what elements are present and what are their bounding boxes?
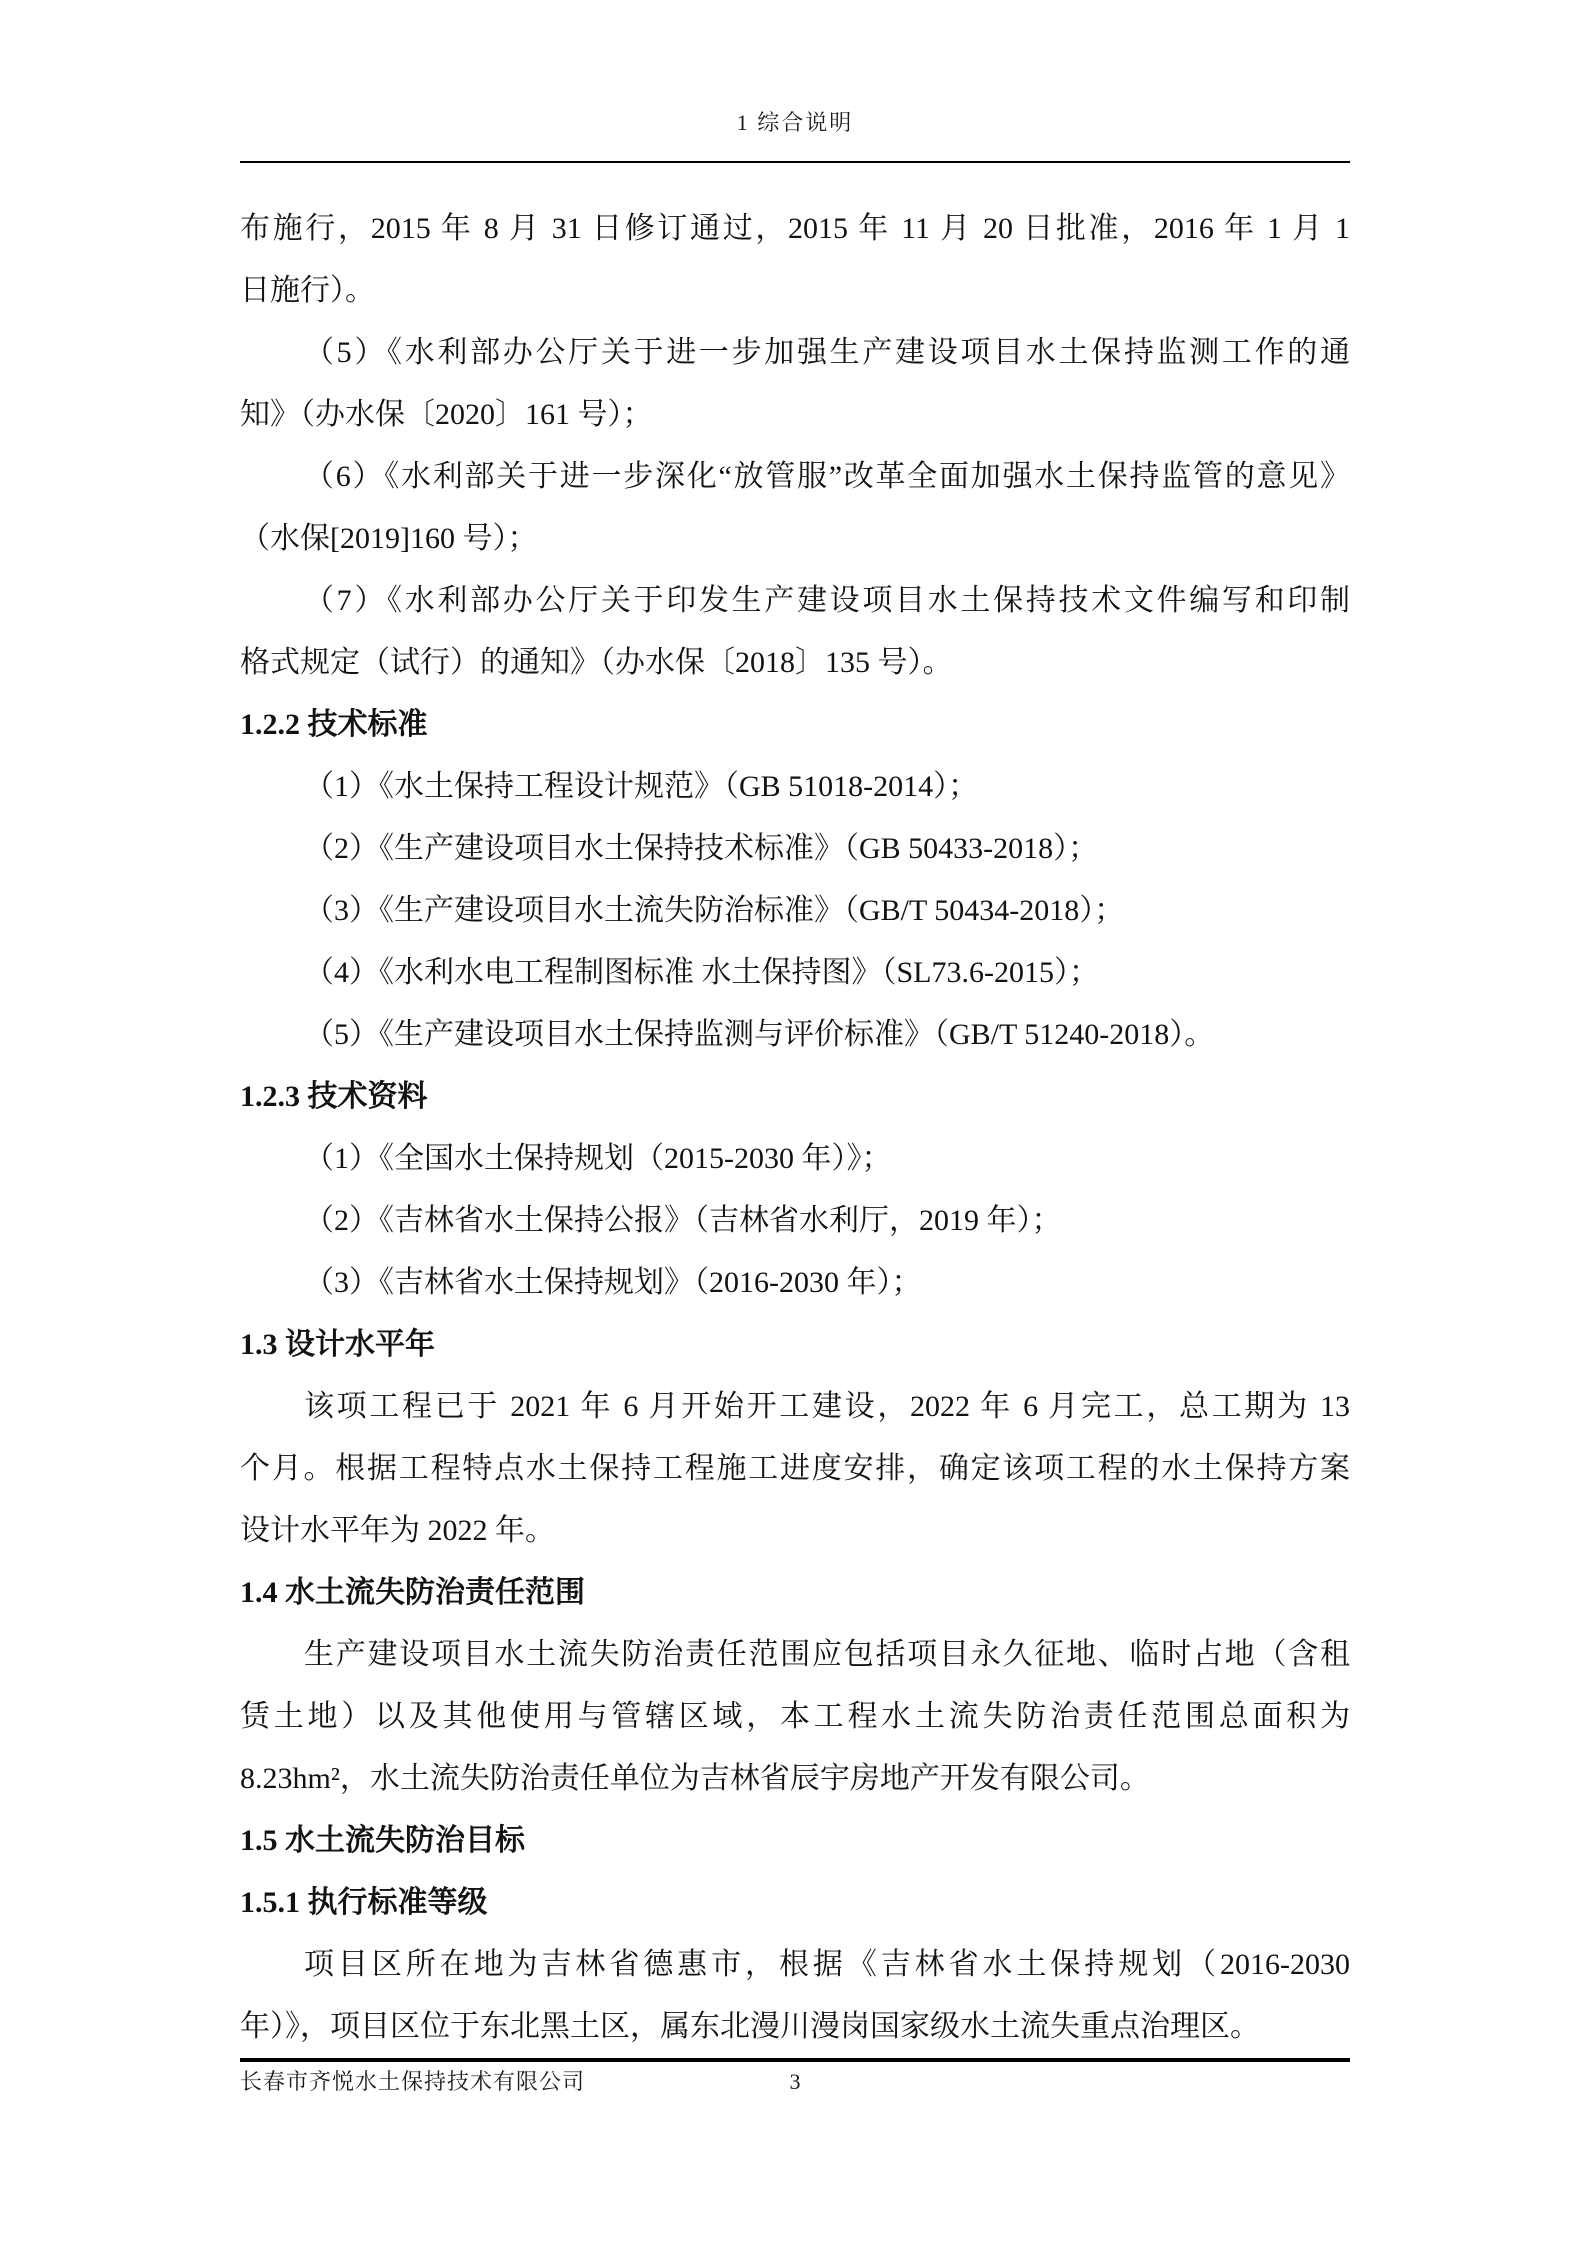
text-line: （1）《水土保持工程设计规范》（GB 51018-2014）； xyxy=(240,756,1350,818)
document-body: 布施行，2015 年 8 月 31 日修订通过，2015 年 11 月 20 日… xyxy=(240,198,1350,2058)
section-heading: 1.4 水土流失防治责任范围 xyxy=(240,1562,1350,1624)
text-line: （7）《水利部办公厅关于印发生产建设项目水土保持技术文件编写和印制 xyxy=(240,570,1350,632)
document-page: 1 综合说明 布施行，2015 年 8 月 31 日修订通过，2015 年 11… xyxy=(0,0,1587,2245)
section-heading: 1.2.2 技术标准 xyxy=(240,694,1350,756)
text-line: 赁土地）以及其他使用与管辖区域，本工程水土流失防治责任范围总面积为 xyxy=(240,1686,1350,1748)
text-line: 年）》，项目区位于东北黑土区，属东北漫川漫岗国家级水土流失重点治理区。 xyxy=(240,1996,1350,2058)
footer-rule xyxy=(240,2058,1350,2062)
text-line: （3）《生产建设项目水土流失防治标准》（GB/T 50434-2018）； xyxy=(240,880,1350,942)
page-header-title: 1 综合说明 xyxy=(240,110,1350,136)
text-line: （2）《吉林省水土保持公报》（吉林省水利厅，2019 年）； xyxy=(240,1190,1350,1252)
text-line: 格式规定（试行）的通知》（办水保〔2018〕135 号）。 xyxy=(240,632,1350,694)
text-line: （2）《生产建设项目水土保持技术标准》（GB 50433-2018）； xyxy=(240,818,1350,880)
footer-page-number: 3 xyxy=(240,2066,1350,2098)
text-line: 该项工程已于 2021 年 6 月开始开工建设，2022 年 6 月完工，总工期… xyxy=(240,1376,1350,1438)
section-heading: 1.3 设计水平年 xyxy=(240,1314,1350,1376)
section-heading: 1.5 水土流失防治目标 xyxy=(240,1810,1350,1872)
page-footer: 长春市齐悦水土保持技术有限公司 3 xyxy=(240,2066,1350,2098)
text-line: （5）《生产建设项目水土保持监测与评价标准》（GB/T 51240-2018）。 xyxy=(240,1004,1350,1066)
text-line: （5）《水利部办公厅关于进一步加强生产建设项目水土保持监测工作的通 xyxy=(240,322,1350,384)
text-line: （水保[2019]160 号）； xyxy=(240,508,1350,570)
text-line: 布施行，2015 年 8 月 31 日修订通过，2015 年 11 月 20 日… xyxy=(240,198,1350,260)
text-line: 日施行）。 xyxy=(240,260,1350,322)
text-line: （3）《吉林省水土保持规划》（2016-2030 年）； xyxy=(240,1252,1350,1314)
text-line: 8.23hm²，水土流失防治责任单位为吉林省辰宇房地产开发有限公司。 xyxy=(240,1748,1350,1810)
text-line: （4）《水利水电工程制图标准 水土保持图》（SL73.6-2015）； xyxy=(240,942,1350,1004)
header-rule xyxy=(240,161,1350,163)
text-line: 个月。根据工程特点水土保持工程施工进度安排，确定该项工程的水土保持方案 xyxy=(240,1438,1350,1500)
text-line: 知》（办水保〔2020〕161 号）； xyxy=(240,384,1350,446)
section-heading: 1.2.3 技术资料 xyxy=(240,1066,1350,1128)
text-line: 生产建设项目水土流失防治责任范围应包括项目永久征地、临时占地（含租 xyxy=(240,1624,1350,1686)
text-line: （6）《水利部关于进一步深化“放管服”改革全面加强水土保持监管的意见》 xyxy=(240,446,1350,508)
section-heading: 1.5.1 执行标准等级 xyxy=(240,1872,1350,1934)
text-line: （1）《全国水土保持规划（2015-2030 年）》； xyxy=(240,1128,1350,1190)
text-line: 设计水平年为 2022 年。 xyxy=(240,1500,1350,1562)
text-line: 项目区所在地为吉林省德惠市，根据《吉林省水土保持规划（2016-2030 xyxy=(240,1934,1350,1996)
